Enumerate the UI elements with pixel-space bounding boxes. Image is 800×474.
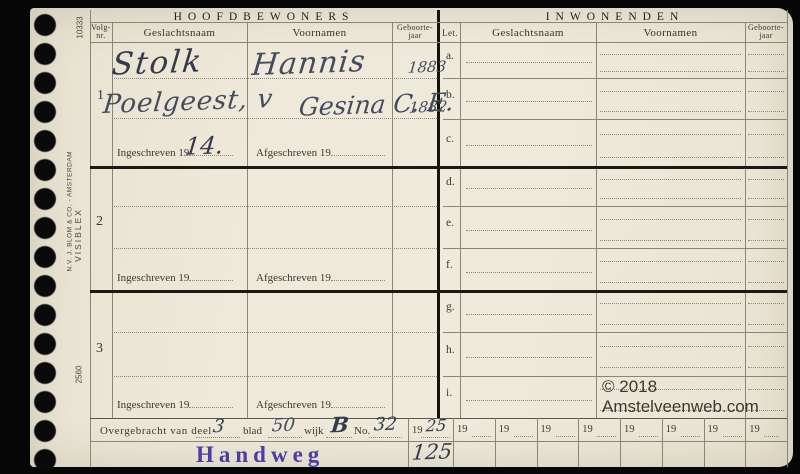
geslachtsnaam-column-border-right — [596, 22, 597, 418]
year-cell-border — [453, 418, 454, 467]
afgeschreven-text-2: Afgeschreven 19 — [256, 272, 331, 284]
year-cell-border — [662, 418, 663, 467]
inwonenden-row-letter: h. — [446, 344, 455, 356]
transfer-year-written: 25 — [425, 416, 447, 436]
afgeschreven-label-3: Afgeschreven 19 — [256, 398, 385, 411]
inwonenden-row-letter: f. — [446, 259, 453, 271]
inwonenden-geboortejaar-line — [748, 179, 784, 180]
transfer-year-prefix: 19 — [412, 425, 423, 436]
inwonenden-row-letter: c. — [446, 133, 454, 145]
transfer-label: Overgebracht van deel — [100, 425, 212, 437]
inwonenden-geslachtsnaam-line — [466, 230, 592, 231]
transfer-blank-deel — [196, 437, 240, 438]
watermark-text: © 2018 Amstelveenweb.com — [602, 377, 800, 417]
transfer-no-value: 32 — [373, 414, 398, 436]
col-header-letter: Let. — [440, 25, 460, 40]
inwonenden-geboortejaar-line — [748, 367, 784, 368]
inwonenden-geslachtsnaam-line — [466, 357, 592, 358]
year-cell-blank — [681, 436, 700, 437]
block-divider-2 — [90, 290, 787, 293]
col-header-geboortejaar-left: Geboorte- jaar — [392, 23, 438, 41]
inwonenden-geboortejaar-line — [748, 219, 784, 220]
inwonenden-geslachtsnaam-line — [466, 272, 592, 273]
year-cell-blank — [723, 436, 742, 437]
year-cell-blank — [472, 436, 491, 437]
voornamen-column-border-left — [392, 22, 393, 418]
inwonenden-voornamen-line — [600, 261, 741, 262]
year-cell-border — [704, 418, 705, 467]
inwonenden-geboortejaar-line — [748, 282, 784, 283]
name-line — [112, 332, 437, 333]
col-header-geboortejaar-right: Geboorte- jaar — [745, 23, 787, 41]
ingeschreven-text-1: Ingeschreven 19 — [117, 147, 189, 159]
year-cell-blank — [639, 436, 658, 437]
transfer-no-label: No. — [354, 425, 370, 437]
inwonenden-geboortejaar-line — [748, 54, 784, 55]
inwonenden-voornamen-line — [600, 303, 741, 304]
inwonenden-geslachtsnaam-line — [466, 101, 592, 102]
inwonenden-voornamen-line — [600, 324, 741, 325]
inwonenden-row-divider — [443, 206, 787, 207]
geslachtsnaam-column-border-left — [247, 22, 248, 418]
year-cell-border — [495, 418, 496, 467]
inwonenden-voornamen-line — [600, 91, 741, 92]
transfer-blad-value: 50 — [271, 415, 296, 437]
inwonenden-geslachtsnaam-line — [466, 188, 592, 189]
voornamen-column-border-right — [745, 22, 746, 418]
inwonenden-geboortejaar-line — [748, 157, 784, 158]
transfer-blad-label: blad — [243, 425, 262, 437]
year-cell-label: 19 — [582, 424, 593, 435]
inwonenden-row-letter: g. — [446, 301, 455, 313]
inwonenden-geboortejaar-line — [748, 198, 784, 199]
inwonenden-voornamen-line — [600, 134, 741, 135]
entry2-geslachtsnaam: Poelgeest, v — [101, 84, 274, 120]
transfer-wijk-label: wijk — [304, 425, 324, 437]
entry2-birthyear: 1882 — [408, 97, 448, 116]
transfer-blank-blad — [268, 437, 302, 438]
street-stamp: Handweg — [196, 442, 324, 468]
col-header-geslachtsnaam-left: Geslachtsnaam — [112, 25, 247, 40]
volgnr-3: 3 — [96, 341, 103, 357]
inwonenden-voornamen-line — [600, 54, 741, 55]
col-header-geboortejaar-right-line2: jaar — [759, 32, 773, 41]
year-cell-blank — [514, 436, 533, 437]
col-header-voornamen-left: Voornamen — [247, 25, 392, 40]
afgeschreven-label-1: Afgeschreven 19 — [256, 146, 385, 159]
year-cell-blank — [764, 436, 779, 437]
year-cell-label: 19 — [457, 424, 468, 435]
inwonenden-geslachtsnaam-line — [466, 314, 592, 315]
inwonenden-row-letter: i. — [446, 387, 452, 399]
year-cell-border — [745, 418, 746, 467]
transfer-year-blank — [421, 437, 450, 438]
inwonenden-row-divider — [443, 248, 787, 249]
inwonenden-geboortejaar-line — [748, 346, 784, 347]
house-number: 125 — [411, 439, 454, 465]
name-line — [112, 376, 437, 377]
inwonenden-voornamen-line — [600, 346, 741, 347]
year-cell-blank — [556, 436, 575, 437]
entry1-geslachtsnaam: Stolk — [110, 43, 205, 82]
inwonenden-geboortejaar-line — [748, 240, 784, 241]
entry1-birthyear: 1883 — [407, 57, 447, 76]
inwonenden-geslachtsnaam-line — [466, 62, 592, 63]
inwonenden-title: INWONENDEN — [443, 11, 787, 22]
table-left-border — [90, 10, 91, 467]
hoofdbewoners-title: HOOFDBEWONERS — [90, 11, 438, 22]
punch-holes — [33, 13, 57, 474]
ingeschreven-year-written: 14. — [184, 131, 225, 160]
letter-column-border — [460, 22, 461, 418]
year-cell-label: 19 — [541, 424, 552, 435]
afgeschreven-text-3: Afgeschreven 19 — [256, 399, 331, 411]
entry1-voornamen: Hannis — [250, 44, 367, 83]
visiblex-brand: VISIBLEX — [73, 203, 83, 267]
ingeschreven-label-3: Ingeschreven 19 — [117, 398, 233, 411]
year-cell-label: 19 — [708, 424, 719, 435]
year-cell-label: 19 — [499, 424, 510, 435]
inwonenden-row-letter: d. — [446, 176, 455, 188]
year-cell-label: 19 — [624, 424, 635, 435]
name-line — [112, 248, 437, 249]
inwonenden-voornamen-line — [600, 179, 741, 180]
transfer-wijk-value: B — [330, 412, 350, 438]
title-underline — [90, 22, 787, 23]
form-serial-bottom: 2560 — [75, 362, 84, 388]
col-header-voornamen-right: Voornamen — [596, 25, 745, 40]
afgeschreven-text-1: Afgeschreven 19 — [256, 147, 331, 159]
afgeschreven-blank-1 — [331, 146, 385, 156]
inwonenden-geboortejaar-line — [748, 261, 784, 262]
inwonenden-row-letter: a. — [446, 50, 454, 62]
inwonenden-voornamen-line — [600, 111, 741, 112]
year-cell-border — [578, 418, 579, 467]
inwonenden-voornamen-line — [600, 240, 741, 241]
year-cell-border — [537, 418, 538, 467]
year-cell-label: 19 — [749, 424, 760, 435]
inwonenden-geboortejaar-line — [748, 324, 784, 325]
inwonenden-row-divider — [443, 332, 787, 333]
col-header-geboortejaar-left-line2: jaar — [408, 32, 422, 41]
inwonenden-row-letter: e. — [446, 217, 454, 229]
afgeschreven-blank-2 — [331, 271, 385, 281]
col-header-volgnr: Volg- nr. — [90, 23, 112, 41]
ingeschreven-blank-2 — [189, 271, 233, 281]
ingeschreven-label-2: Ingeschreven 19 — [117, 271, 233, 284]
year-cell-blank — [597, 436, 616, 437]
inwonenden-geboortejaar-line — [748, 303, 784, 304]
transfer-cell-border — [408, 418, 409, 467]
inwonenden-geslachtsnaam-line — [466, 145, 592, 146]
name-line — [112, 206, 437, 207]
ingeschreven-blank-3 — [189, 398, 233, 408]
year-cell-border — [620, 418, 621, 467]
inwonenden-voornamen-line — [600, 198, 741, 199]
inwonenden-voornamen-line — [600, 219, 741, 220]
afgeschreven-blank-3 — [331, 398, 385, 408]
inwonenden-geboortejaar-line — [748, 111, 784, 112]
inwonenden-row-divider — [443, 78, 787, 79]
form-serial-top: 10333 — [76, 11, 85, 45]
inwonenden-row-divider — [443, 119, 787, 120]
inwonenden-geboortejaar-line — [748, 91, 784, 92]
transfer-deel-value: 3 — [212, 416, 226, 437]
inwonenden-voornamen-line — [600, 71, 741, 72]
inwonenden-voornamen-line — [600, 367, 741, 368]
inwonenden-geboortejaar-line — [748, 134, 784, 135]
inwonenden-voornamen-line — [600, 282, 741, 283]
afgeschreven-label-2: Afgeschreven 19 — [256, 271, 385, 284]
inwonenden-voornamen-line — [600, 157, 741, 158]
col-header-volgnr-line2: nr. — [96, 32, 105, 41]
year-cell-label: 19 — [666, 424, 677, 435]
ingeschreven-text-3: Ingeschreven 19 — [117, 399, 189, 411]
transfer-blank-no — [369, 437, 402, 438]
ingeschreven-text-2: Ingeschreven 19 — [117, 272, 189, 284]
volgnr-2: 2 — [96, 214, 103, 230]
inwonenden-geboortejaar-line — [748, 71, 784, 72]
col-header-geslachtsnaam-right: Geslachtsnaam — [460, 25, 596, 40]
stage: 10333 N.V. J. BLOM & CO. - AMSTERDAM VIS… — [0, 0, 800, 474]
block-divider-1 — [90, 166, 787, 169]
inwonenden-geslachtsnaam-line — [466, 400, 592, 401]
